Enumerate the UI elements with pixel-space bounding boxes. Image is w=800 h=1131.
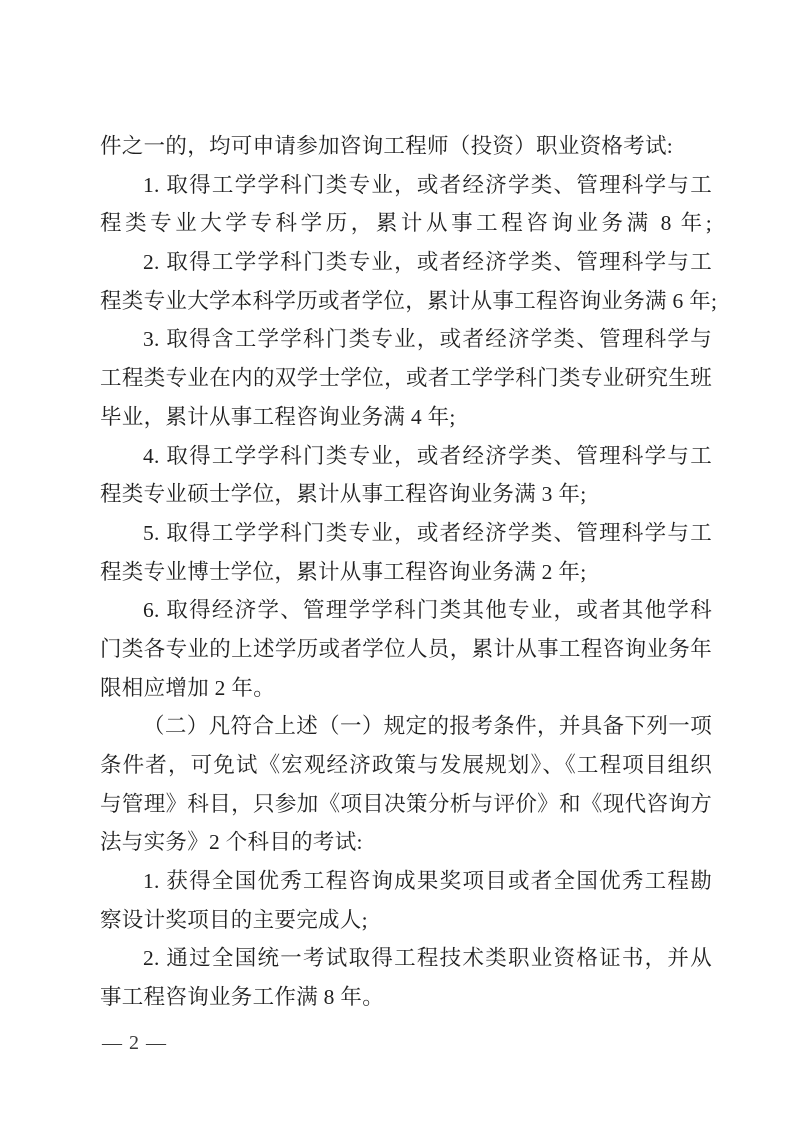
document-page: 件之一的，均可申请参加咨询工程师（投资）职业资格考试:1. 取得工学学科门类专业… [0, 0, 800, 1131]
text-line: 5. 取得工学学科门类专业，或者经济学类、管理科学与工 [100, 514, 712, 553]
text-line: 程类专业大学专科学历，累计从事工程咨询业务满 8 年; [100, 204, 712, 243]
text-line: 毕业，累计从事工程咨询业务满 4 年; [100, 398, 712, 437]
document-body: 件之一的，均可申请参加咨询工程师（投资）职业资格考试:1. 取得工学学科门类专业… [100, 127, 712, 1017]
text-line: 门类各专业的上述学历或者学位人员，累计从事工程咨询业务年 [100, 630, 712, 669]
text-line: （二）凡符合上述（一）规定的报考条件，并具备下列一项 [100, 707, 712, 746]
text-line: 条件者，可免试《宏观经济政策与发展规划》、《工程项目组织 [100, 746, 712, 785]
text-line: 事工程咨询业务工作满 8 年。 [100, 978, 712, 1017]
text-line: 察设计奖项目的主要完成人; [100, 901, 712, 940]
text-line: 工程类专业在内的双学士学位，或者工学学科门类专业研究生班 [100, 359, 712, 398]
text-line: 3. 取得含工学学科门类专业，或者经济学类、管理科学与 [100, 320, 712, 359]
text-line: 4. 取得工学学科门类专业，或者经济学类、管理科学与工 [100, 437, 712, 476]
text-line: 2. 通过全国统一考试取得工程技术类职业资格证书，并从 [100, 939, 712, 978]
page-number: — 2 — [102, 1031, 167, 1055]
text-line: 法与实务》2 个科目的考试: [100, 823, 712, 862]
text-line: 程类专业大学本科学历或者学位，累计从事工程咨询业务满 6 年; [100, 282, 712, 321]
text-line: 程类专业硕士学位，累计从事工程咨询业务满 3 年; [100, 475, 712, 514]
text-line: 件之一的，均可申请参加咨询工程师（投资）职业资格考试: [100, 127, 712, 166]
text-line: 1. 取得工学学科门类专业，或者经济学类、管理科学与工 [100, 166, 712, 205]
text-line: 限相应增加 2 年。 [100, 669, 712, 708]
text-line: 6. 取得经济学、管理学学科门类其他专业，或者其他学科 [100, 591, 712, 630]
text-line: 与管理》科目，只参加《项目决策分析与评价》和《现代咨询方 [100, 785, 712, 824]
text-line: 2. 取得工学学科门类专业，或者经济学类、管理科学与工 [100, 243, 712, 282]
text-line: 程类专业博士学位，累计从事工程咨询业务满 2 年; [100, 553, 712, 592]
text-line: 1. 获得全国优秀工程咨询成果奖项目或者全国优秀工程勘 [100, 862, 712, 901]
